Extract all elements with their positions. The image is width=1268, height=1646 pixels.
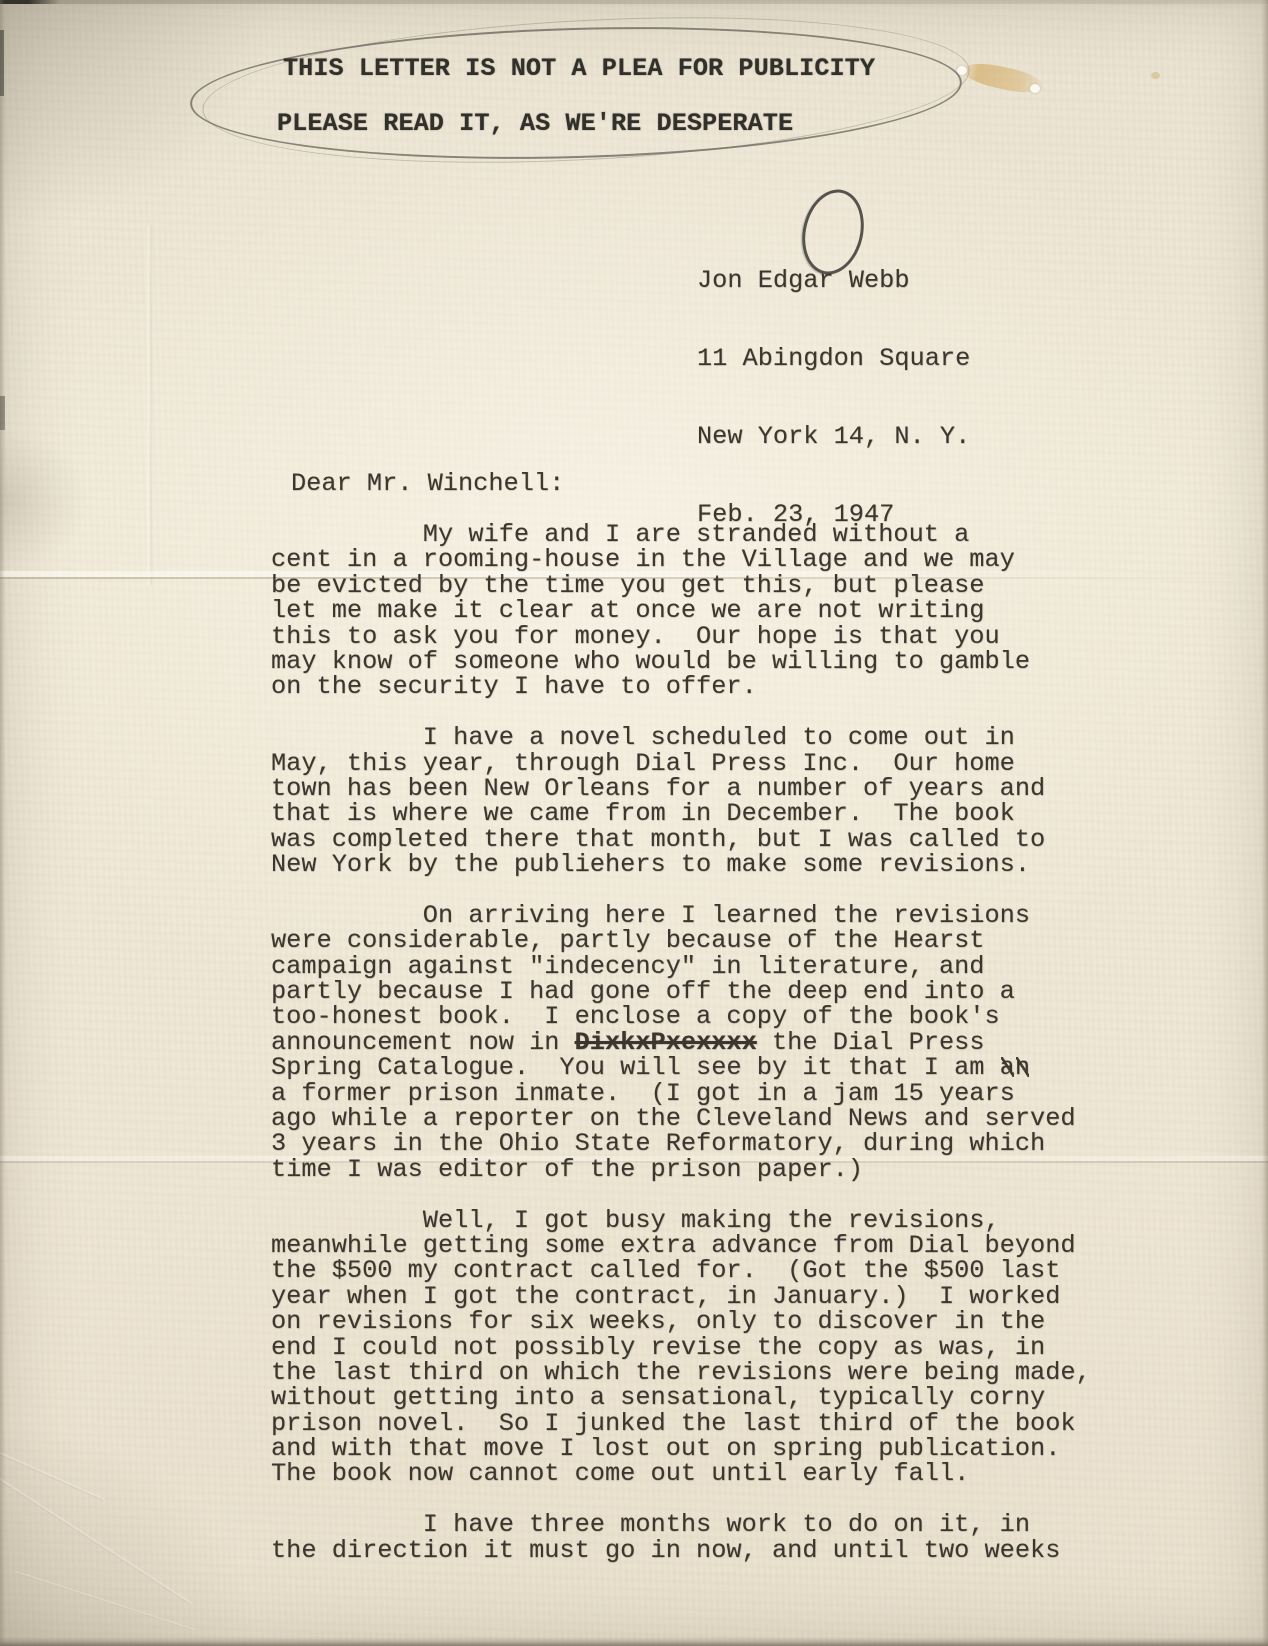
- vertical-crease: [146, 225, 153, 585]
- body-line: the last third on which the revisions we…: [271, 1360, 1091, 1385]
- letter-page: THIS LETTER IS NOT A PLEA FOR PUBLICITY …: [0, 0, 1268, 1646]
- stamp-oval-pencil-mark: [188, 17, 963, 169]
- body-line: without getting into a sensational, typi…: [271, 1385, 1091, 1410]
- tape-stain-dot: [1030, 84, 1040, 93]
- letter-body: My wife and I are stranded without acent…: [271, 522, 1091, 1563]
- body-line: too-honest book. I enclose a copy of the…: [271, 1004, 1091, 1029]
- body-line: end I could not possibly revise the copy…: [271, 1335, 1091, 1360]
- body-line: that is where we came from in December. …: [271, 801, 1091, 826]
- body-line: announcement now in DixkxPxexxxx the Dia…: [271, 1030, 1091, 1055]
- body-line: and with that move I lost out on spring …: [271, 1436, 1091, 1461]
- stain-speck: [1151, 72, 1160, 79]
- paper-smudge: [0, 430, 90, 570]
- body-line: May, this year, through Dial Press Inc. …: [271, 751, 1091, 776]
- body-line: I have three months work to do on it, in: [271, 1512, 1091, 1537]
- sender-address-line1: 11 Abingdon Square: [697, 346, 970, 372]
- body-line: town has been New Orleans for a number o…: [271, 776, 1091, 801]
- body-line: My wife and I are stranded without a: [271, 522, 1091, 547]
- slashed-out-text: n: [1015, 1055, 1030, 1080]
- scan-edge-nick: [0, 396, 5, 430]
- body-line: prison novel. So I junked the last third…: [271, 1411, 1091, 1436]
- body-line: Well, I got busy making the revisions,: [271, 1208, 1091, 1233]
- body-line: On arriving here I learned the revisions: [271, 903, 1091, 928]
- body-line: New York by the publiehers to make some …: [271, 852, 1091, 877]
- body-line: was completed there that month, but I wa…: [271, 827, 1091, 852]
- body-line: 3 years in the Ohio State Reformatory, d…: [271, 1131, 1091, 1156]
- stamp-note-line-1: THIS LETTER IS NOT A PLEA FOR PUBLICITY: [283, 54, 875, 84]
- scan-edge-left: [0, 0, 5, 1646]
- body-line: on revisions for six weeks, only to disc…: [271, 1309, 1091, 1334]
- scan-edge-right: [1262, 0, 1268, 1646]
- body-line: ago while a reporter on the Cleveland Ne…: [271, 1106, 1091, 1131]
- corner-shading-bottom-left: [0, 1420, 260, 1646]
- body-line: time I was editor of the prison paper.): [271, 1157, 1091, 1182]
- body-line: the direction it must go in now, and unt…: [271, 1538, 1091, 1563]
- salutation: Dear Mr. Winchell:: [291, 471, 564, 496]
- body-line: on the security I have to offer.: [271, 674, 1091, 699]
- body-line: this to ask you for money. Our hope is t…: [271, 624, 1091, 649]
- scan-edge-nick: [0, 30, 4, 96]
- stamp-note-line-2: PLEASE READ IT, AS WE'RE DESPERATE: [277, 109, 793, 139]
- body-line: partly because I had gone off the deep e…: [271, 979, 1091, 1004]
- body-line: campaign against "indecency" in literatu…: [271, 954, 1091, 979]
- body-line: Spring Catalogue. You will see by it tha…: [271, 1055, 1091, 1080]
- body-line: The book now cannot come out until early…: [271, 1461, 1091, 1486]
- body-line: year when I got the contract, in January…: [271, 1284, 1091, 1309]
- scan-edge-top: [0, 0, 1268, 4]
- body-line: meanwhile getting some extra advance fro…: [271, 1233, 1091, 1258]
- body-line: be evicted by the time you get this, but…: [271, 573, 1091, 598]
- body-line: were considerable, partly because of the…: [271, 928, 1091, 953]
- body-line: I have a novel scheduled to come out in: [271, 725, 1091, 750]
- body-line: let me make it clear at once we are not …: [271, 598, 1091, 623]
- slashed-out-text: a: [1000, 1055, 1015, 1080]
- scan-edge-bottom: [0, 1637, 1268, 1646]
- sender-address-line2: New York 14, N. Y.: [697, 424, 970, 450]
- body-line: a former prison inmate. (I got in a jam …: [271, 1081, 1091, 1106]
- body-line: may know of someone who would be willing…: [271, 649, 1091, 674]
- body-line: the $500 my contract called for. (Got th…: [271, 1258, 1091, 1283]
- body-line: cent in a rooming-house in the Village a…: [271, 547, 1091, 572]
